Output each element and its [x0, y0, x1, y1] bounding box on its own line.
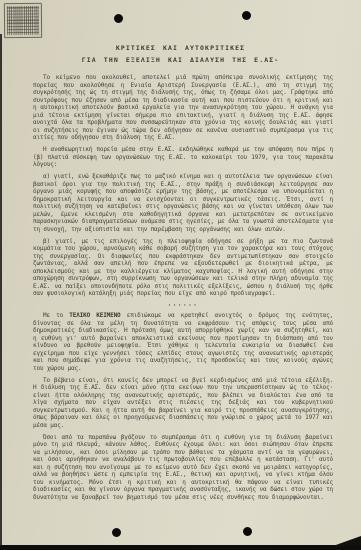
- archive-stamp-icon: [4, 3, 42, 38]
- paragraph-conclusion: Όσοι από τα παραπάνω βγάζουν το συμπέρασ…: [33, 434, 333, 502]
- paragraph-assessment: Το βέβαιο είναι, ότι κανείς δεν μπορεί ν…: [33, 377, 333, 430]
- dots-separator: ······: [33, 302, 333, 309]
- document-body: Το κείμενο που ακολουθεί, αποτελεί μιά π…: [33, 74, 333, 506]
- paragraph-reason-b: β) γιατί, με τις επιλογές της η πλειοψηφ…: [33, 238, 333, 298]
- punch-hole-bottom-left: [112, 528, 121, 537]
- scanned-document-page: ΚΡΙΤΙΚΕΣ ΚΑΙ ΑΥΤΟΚΡΙΤΙΚΕΣ ΓΙΑ ΤΗΝ ΕΞΕΛΙΞ…: [0, 0, 361, 550]
- paragraph-reasons-lead: Η αναθεωρητική πορεία μέσα στην Ε.ΑΣ. εκ…: [33, 146, 333, 169]
- scan-corner-fold: [333, 536, 361, 546]
- paragraph-final-text-post: επιδιώκαμε να κρατηθεί ανοιχτός ο δρόμος…: [33, 312, 333, 372]
- emphasized-document-name: ΤΕΛΙΚΟ ΚΕΙΜΕΝΟ: [69, 312, 120, 319]
- punch-hole-top-left: [114, 14, 123, 23]
- paragraph-intro: Το κείμενο που ακολουθεί, αποτελεί μιά π…: [33, 74, 333, 142]
- paragraph-reason-a: α) γιατί, ενώ ξεκαθάριζε πως το μαζικό κ…: [33, 173, 333, 233]
- punch-hole-bottom-right: [243, 527, 252, 536]
- stamp-text-lines: [7, 6, 39, 35]
- paragraph-final-text-pre: Με το: [43, 312, 69, 319]
- punch-hole-top-right: [242, 11, 251, 20]
- paragraph-final-text: Με το ΤΕΛΙΚΟ ΚΕΙΜΕΝΟ επιδιώκαμε να κρατη…: [33, 312, 333, 372]
- document-title-line1: ΚΡΙΤΙΚΕΣ ΚΑΙ ΑΥΤΟΚΡΙΤΙΚΕΣ: [0, 44, 361, 52]
- scan-edge-bottom: [0, 545, 361, 550]
- scan-edge-left: [0, 34, 2, 546]
- document-title-line2: ΓΙΑ ΤΗΝ ΕΞΕΛΙΞΗ ΚΑΙ ΔΙΑΛΥΣΗ ΤΗΣ Ε.ΑΣ-: [0, 56, 361, 64]
